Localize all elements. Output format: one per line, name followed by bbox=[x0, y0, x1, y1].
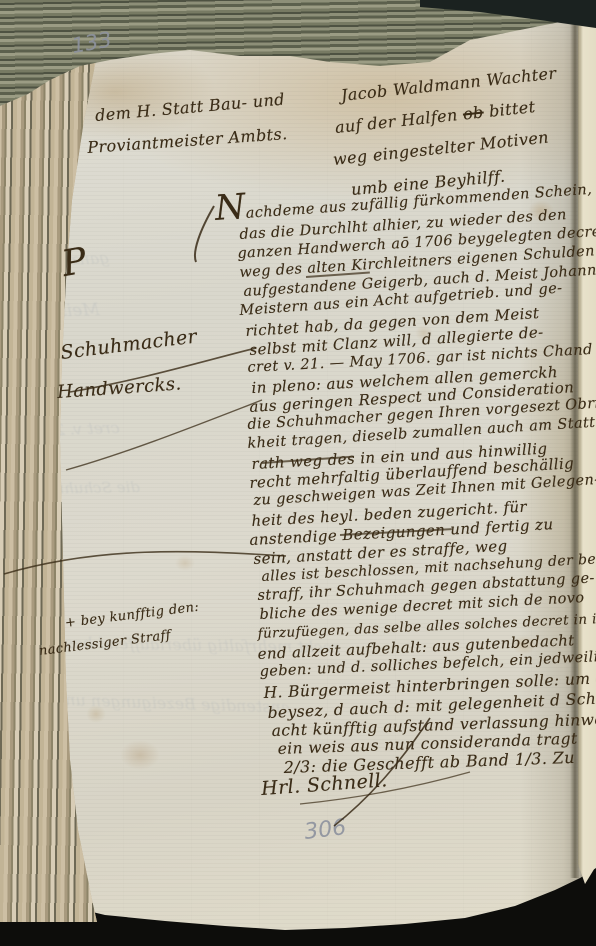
next-page-edge bbox=[578, 18, 596, 884]
struck-word: ob bbox=[462, 102, 485, 123]
page-number-pencil: 306 bbox=[303, 815, 348, 845]
manuscript-scan: ganzen Handwerch aō 1706 beygelegten dec… bbox=[0, 0, 596, 946]
